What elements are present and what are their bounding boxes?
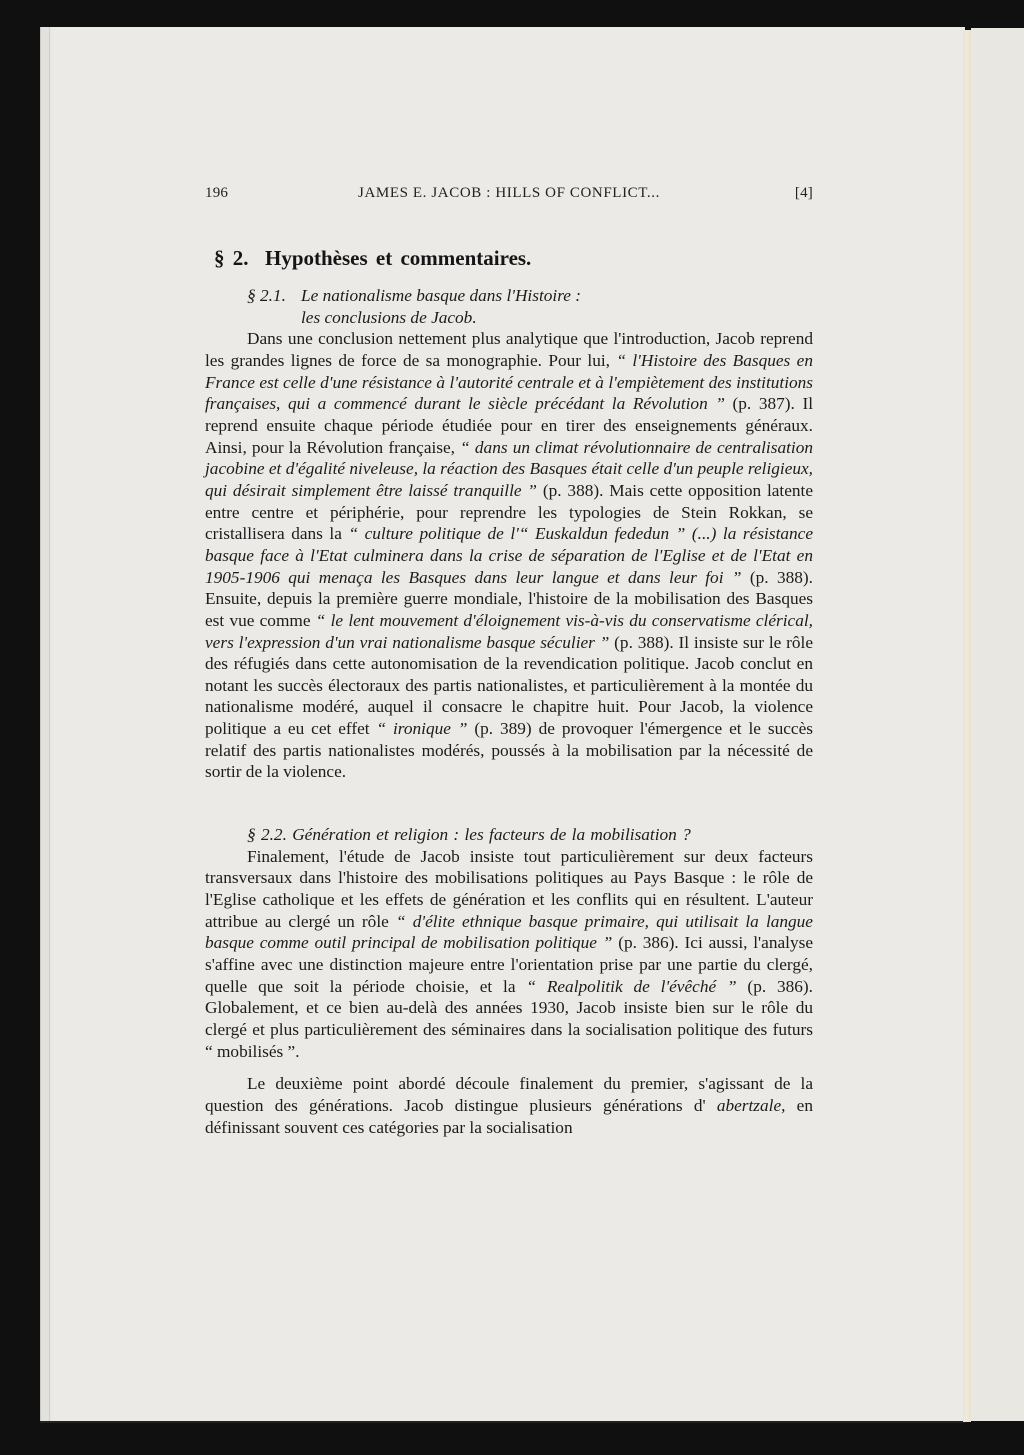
subsection-number: § 2.1. bbox=[247, 285, 301, 307]
section-title: Hypothèses et commentaires. bbox=[265, 246, 531, 270]
subsection-heading-2-2: § 2.2. Génération et religion : les fact… bbox=[247, 824, 813, 846]
section-heading: § 2. Hypothèses et commentaires. bbox=[214, 245, 813, 271]
paragraph-factors: Finalement, l'étude de Jacob insiste tou… bbox=[205, 846, 813, 1063]
running-title: JAMES E. JACOB : HILLS OF CONFLICT... bbox=[205, 183, 813, 205]
quotation: “ ironique ” bbox=[376, 719, 467, 738]
section-bracket-number: [4] bbox=[795, 183, 813, 205]
page-content: 196 JAMES E. JACOB : HILLS OF CONFLICT..… bbox=[205, 183, 813, 1138]
facing-page-edge bbox=[971, 28, 1024, 1421]
running-header: 196 JAMES E. JACOB : HILLS OF CONFLICT..… bbox=[205, 183, 813, 205]
paragraph-generations: Le deuxième point abordé découle finalem… bbox=[205, 1073, 813, 1138]
foreign-term: abertzale, bbox=[717, 1096, 786, 1115]
subsection-title-line2: les conclusions de Jacob. bbox=[247, 307, 813, 329]
paragraph-conclusion: Dans une conclusion nettement plus analy… bbox=[205, 328, 813, 783]
subsection-heading-2-1: § 2.1.Le nationalisme basque dans l'Hist… bbox=[247, 285, 813, 328]
subsection-title-line1: Le nationalisme basque dans l'Histoire : bbox=[301, 286, 581, 305]
page-stack-edge bbox=[40, 27, 50, 1421]
book-gutter bbox=[963, 30, 971, 1422]
section-number: § 2. bbox=[214, 246, 249, 270]
quotation: “ Realpolitik de l'évêché ” bbox=[526, 977, 736, 996]
